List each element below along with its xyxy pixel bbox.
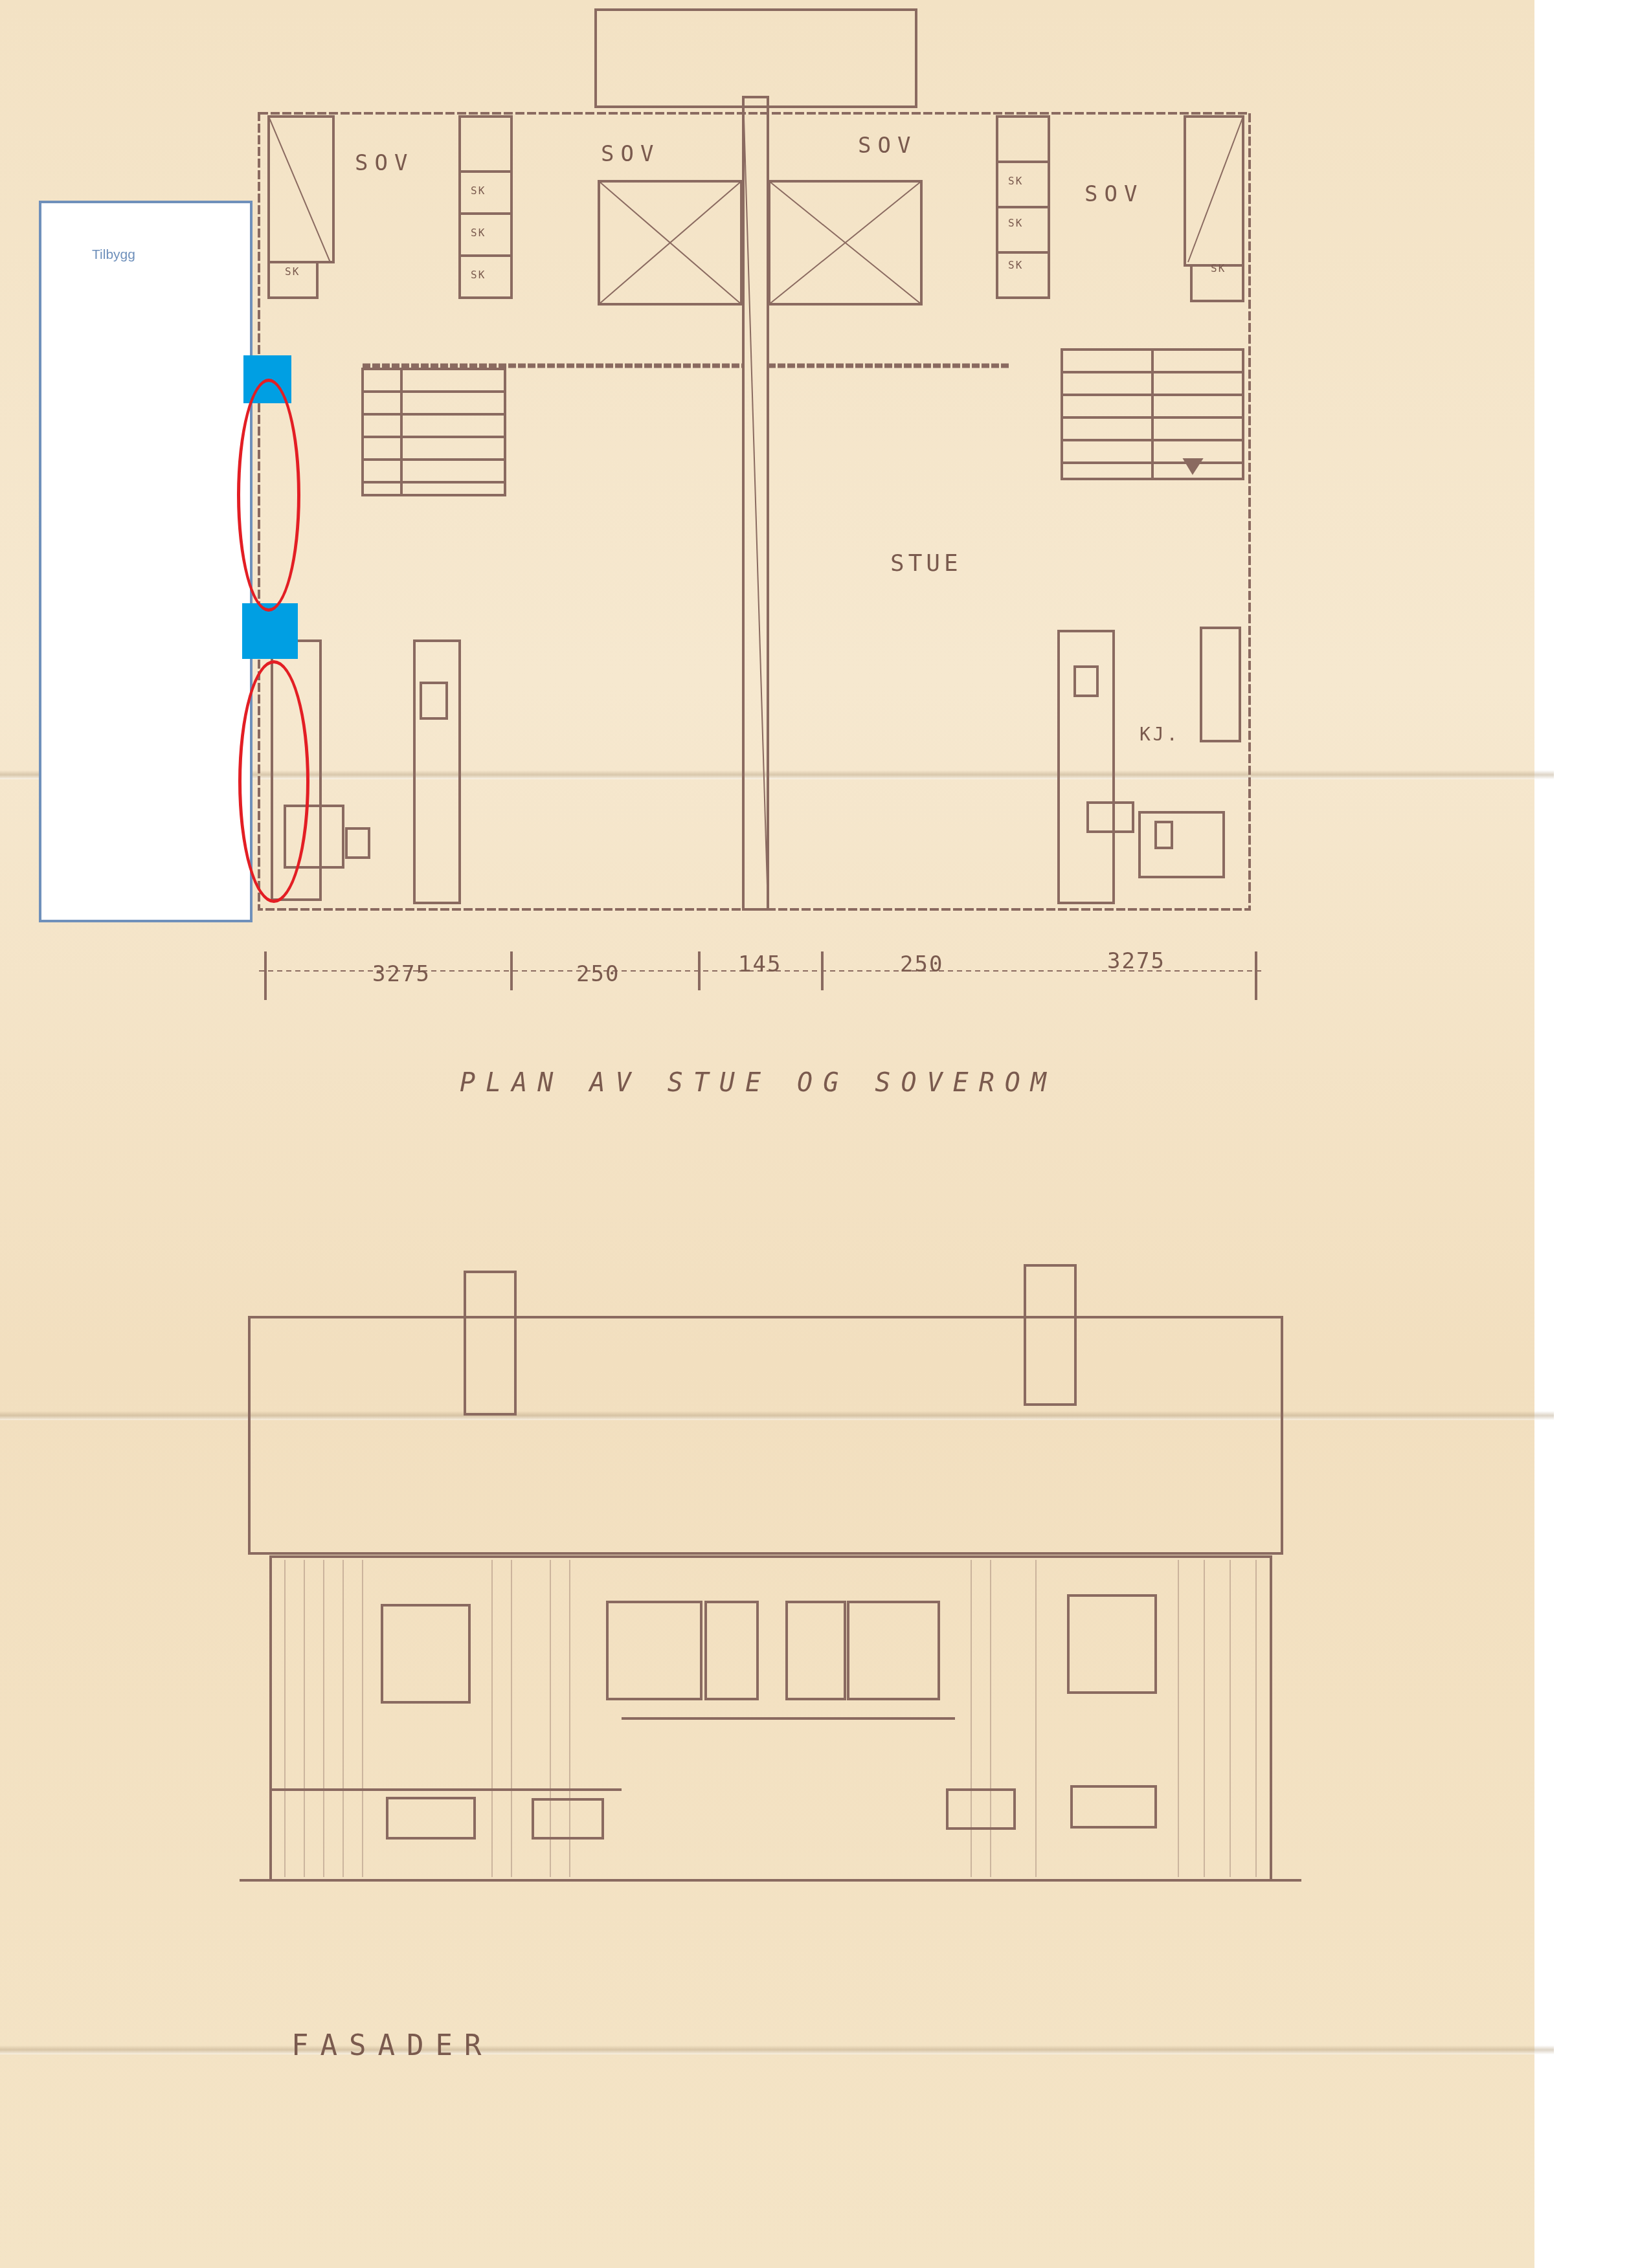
extension-label: Tilbygg [92,247,135,263]
room-label-sov: SOV [355,150,414,176]
floor-plan-title: PLAN AV STUE OG SOVEROM [460,1068,1057,1098]
room-label-sov: SOV [858,133,917,159]
closet-label: SK [1211,262,1226,274]
room-label-stue: STUE [890,550,962,577]
closet-label: SK [471,269,486,281]
closet-label: SK [1008,259,1023,271]
room-label-kitchen: KJ. [1140,724,1180,745]
closet-label: SK [1008,217,1023,229]
highlight-ellipse-upper [237,379,300,612]
dimension-label: 145 [738,951,781,977]
closet-label: SK [471,184,486,197]
marker-lower [242,603,298,659]
closet-label: SK [285,265,300,278]
room-label-sov: SOV [601,141,660,167]
room-label-sov: SOV [1084,181,1143,207]
facade-title: FASADER [291,2029,493,2062]
closet-label: SK [1008,175,1023,187]
dimension-label: 3275 [1107,948,1165,974]
extension-box: Tilbygg [39,201,253,922]
dimension-label: 250 [900,951,943,977]
highlight-ellipse-lower [238,660,309,903]
dimension-label: 3275 [372,961,431,987]
dimension-label: 250 [576,961,620,987]
closet-label: SK [471,227,486,239]
